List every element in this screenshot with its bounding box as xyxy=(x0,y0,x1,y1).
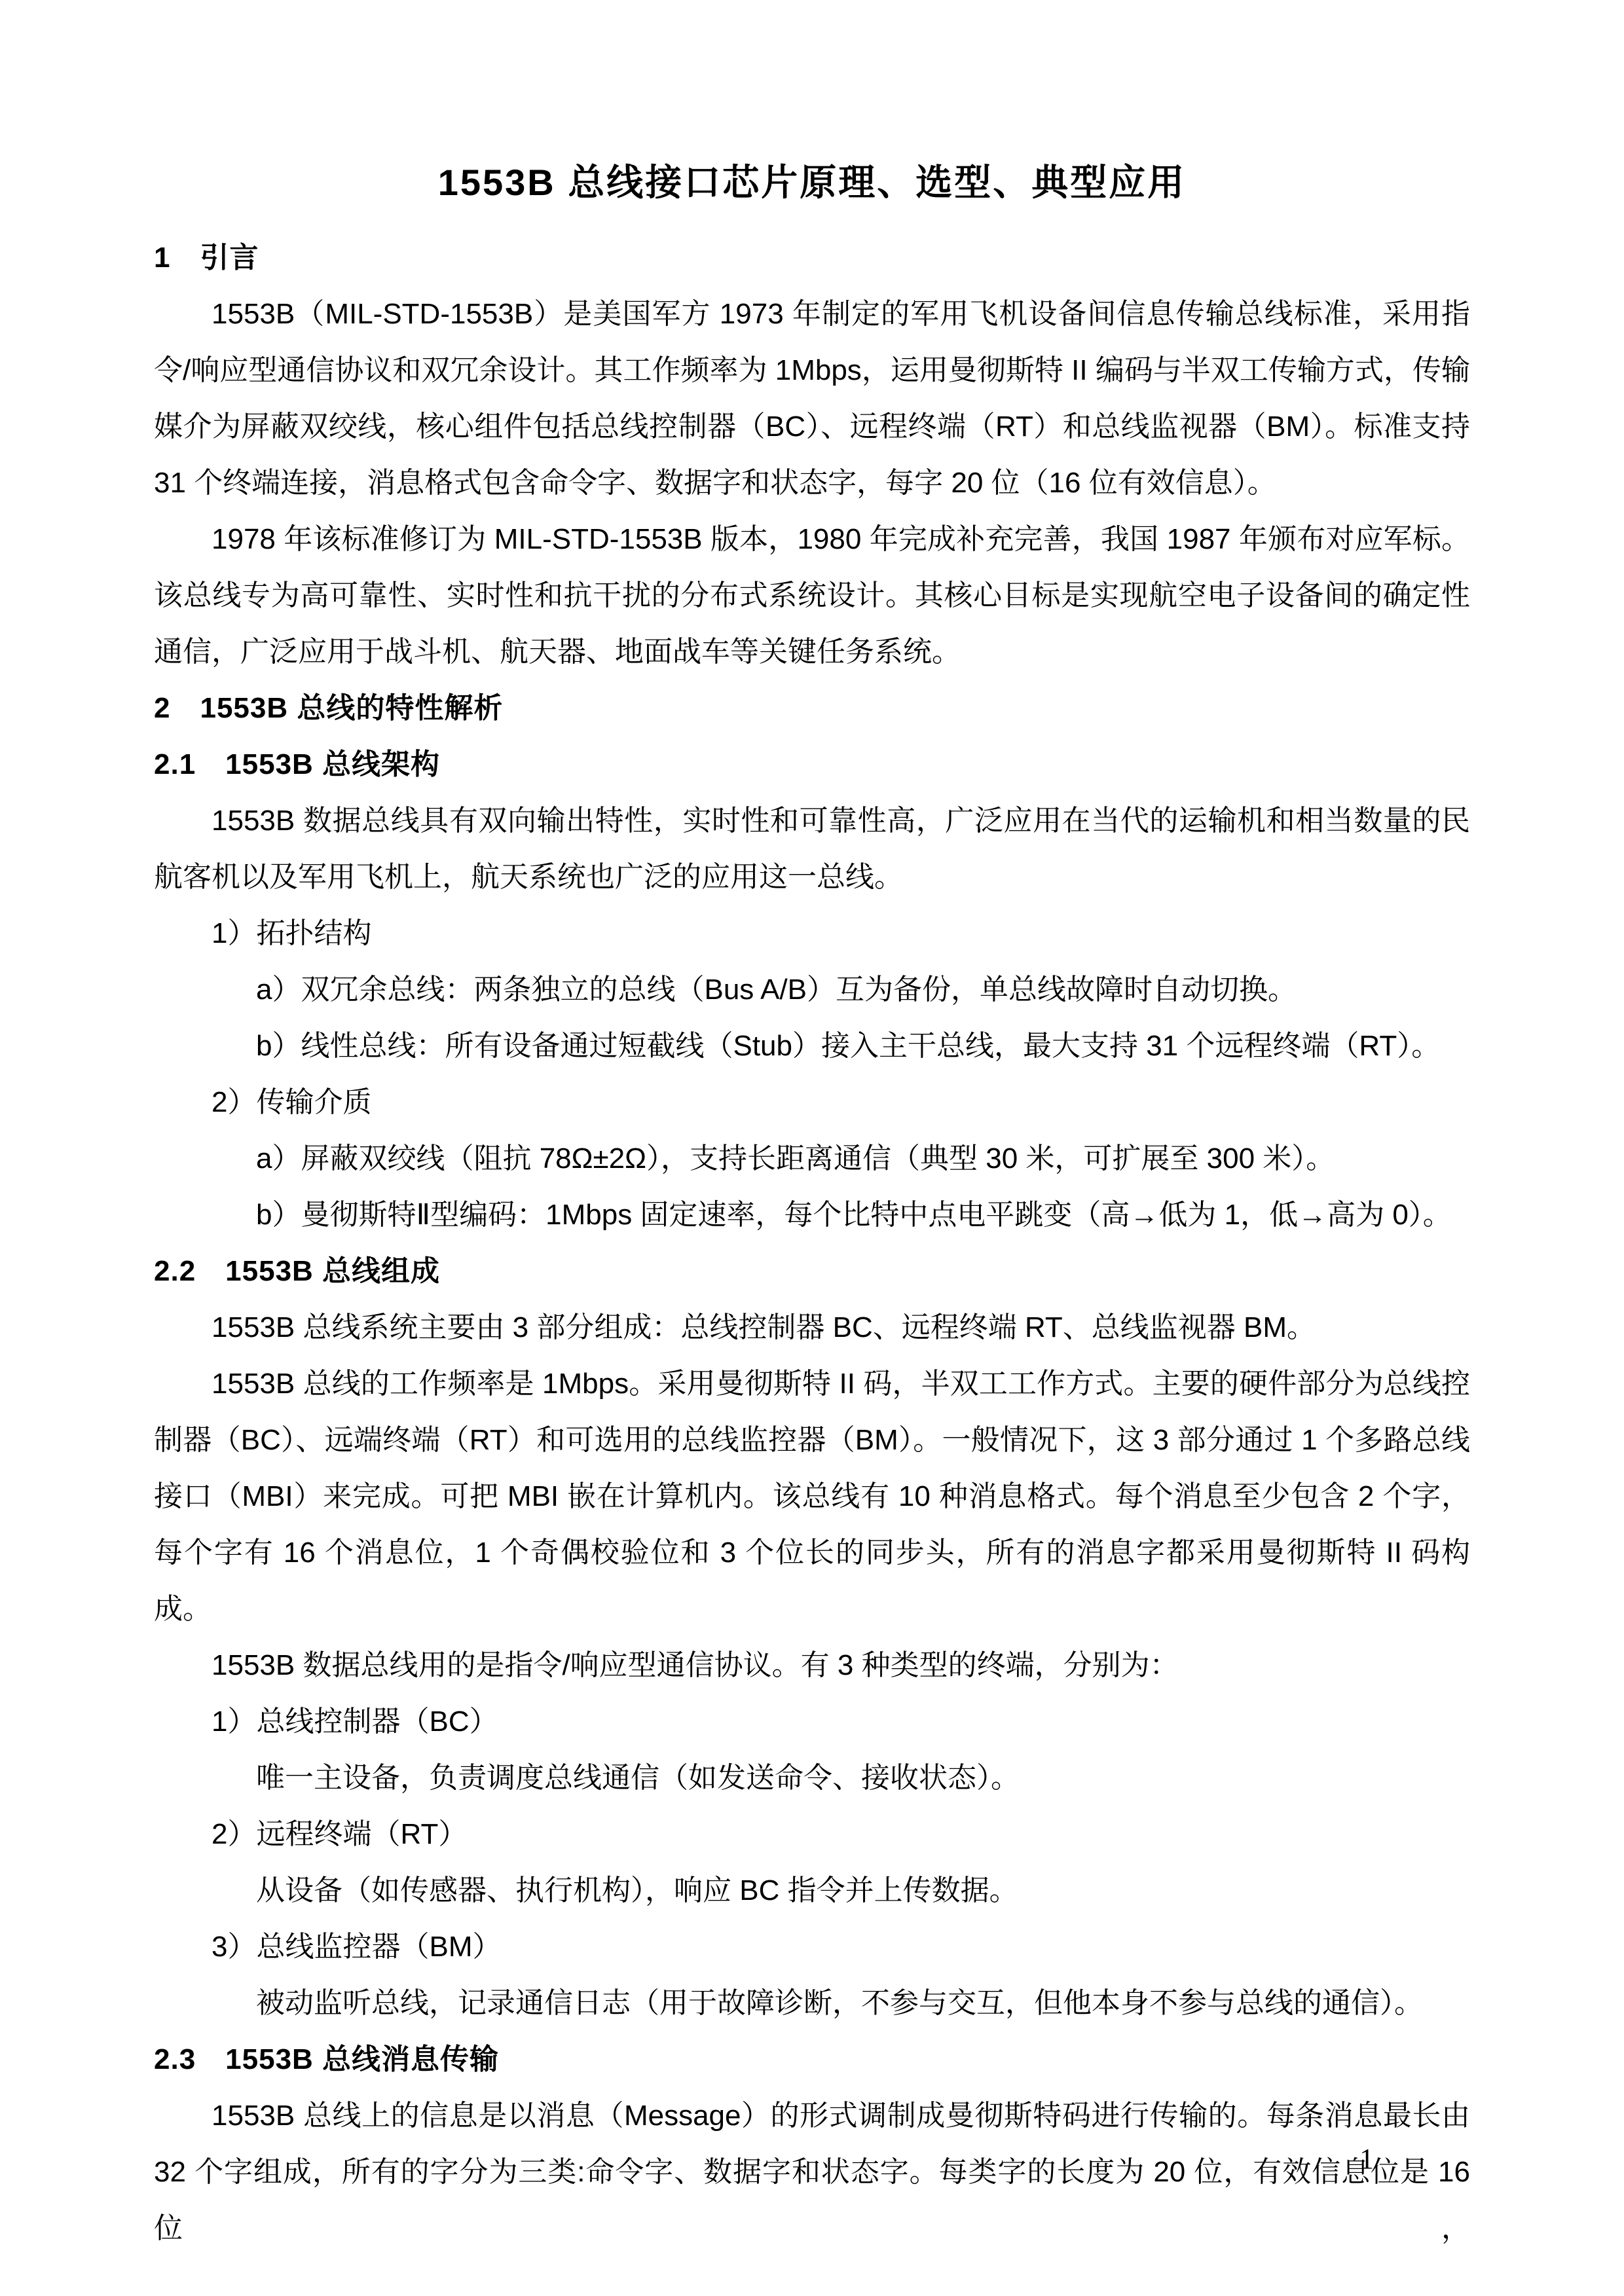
list-item-medium-b: b）曼彻斯特Ⅱ型编码：1Mbps 固定速率，每个比特中点电平跳变（高→低为 1，… xyxy=(154,1187,1470,1243)
section-heading-2-features: 2 1553B 总线的特性解析 xyxy=(154,680,1470,737)
list-item-topology-b: b）线性总线：所有设备通过短截线（Stub）接入主干总线，最大支持 31 个远程… xyxy=(154,1018,1470,1074)
section-heading-2-2-composition: 2.2 1553B 总线组成 xyxy=(154,1243,1470,1300)
list-item-bm: 3）总线监控器（BM） xyxy=(154,1919,1470,1975)
list-item-medium: 2）传输介质 xyxy=(154,1074,1470,1131)
paragraph-intro-2: 1978 年该标准修订为 MIL-STD-1553B 版本，1980 年完成补充… xyxy=(154,511,1470,680)
paragraph-intro-1: 1553B（MIL-STD-1553B）是美国军方 1973 年制定的军用飞机设… xyxy=(154,286,1470,511)
paragraph-architecture-1: 1553B 数据总线具有双向输出特性，实时性和可靠性高，广泛应用在当代的运输机和… xyxy=(154,793,1470,905)
list-item-bc-desc: 唯一主设备，负责调度总线通信（如发送命令、接收状态）。 xyxy=(154,1750,1470,1806)
list-item-rt-desc: 从设备（如传感器、执行机构），响应 BC 指令并上传数据。 xyxy=(154,1863,1470,1919)
section-heading-1-intro: 1 引言 xyxy=(154,230,1470,286)
paragraph-message-1: 1553B 总线上的信息是以消息（Message）的形式调制成曼彻斯特码进行传输… xyxy=(154,2088,1470,2257)
list-item-bc: 1）总线控制器（BC） xyxy=(154,1694,1470,1750)
list-item-rt: 2）远程终端（RT） xyxy=(154,1806,1470,1863)
paragraph-composition-1: 1553B 总线系统主要由 3 部分组成：总线控制器 BC、远程终端 RT、总线… xyxy=(154,1300,1470,1356)
paragraph-composition-2: 1553B 总线的工作频率是 1Mbps。采用曼彻斯特 II 码，半双工工作方式… xyxy=(154,1356,1470,1637)
section-heading-2-1-architecture: 2.1 1553B 总线架构 xyxy=(154,737,1470,793)
list-item-topology: 1）拓扑结构 xyxy=(154,905,1470,962)
section-heading-2-3-message: 2.3 1553B 总线消息传输 xyxy=(154,2032,1470,2088)
page-number: 1 xyxy=(1359,2140,1374,2179)
document-title: 1553B 总线接口芯片原理、选型、典型应用 xyxy=(154,153,1470,213)
list-item-medium-a: a）屏蔽双绞线（阻抗 78Ω±2Ω），支持长距离通信（典型 30 米，可扩展至 … xyxy=(154,1131,1470,1187)
document-page: 1553B 总线接口芯片原理、选型、典型应用 1 引言 1553B（MIL-ST… xyxy=(0,0,1624,2296)
document-body: 1553B 总线接口芯片原理、选型、典型应用 1 引言 1553B（MIL-ST… xyxy=(154,153,1470,2257)
list-item-topology-a: a）双冗余总线：两条独立的总线（Bus A/B）互为备份，单总线故障时自动切换。 xyxy=(154,962,1470,1018)
list-item-bm-desc: 被动监听总线，记录通信日志（用于故障诊断，不参与交互，但他本身不参与总线的通信）… xyxy=(154,1975,1470,2032)
paragraph-composition-3: 1553B 数据总线用的是指令/响应型通信协议。有 3 种类型的终端，分别为： xyxy=(154,1637,1470,1694)
